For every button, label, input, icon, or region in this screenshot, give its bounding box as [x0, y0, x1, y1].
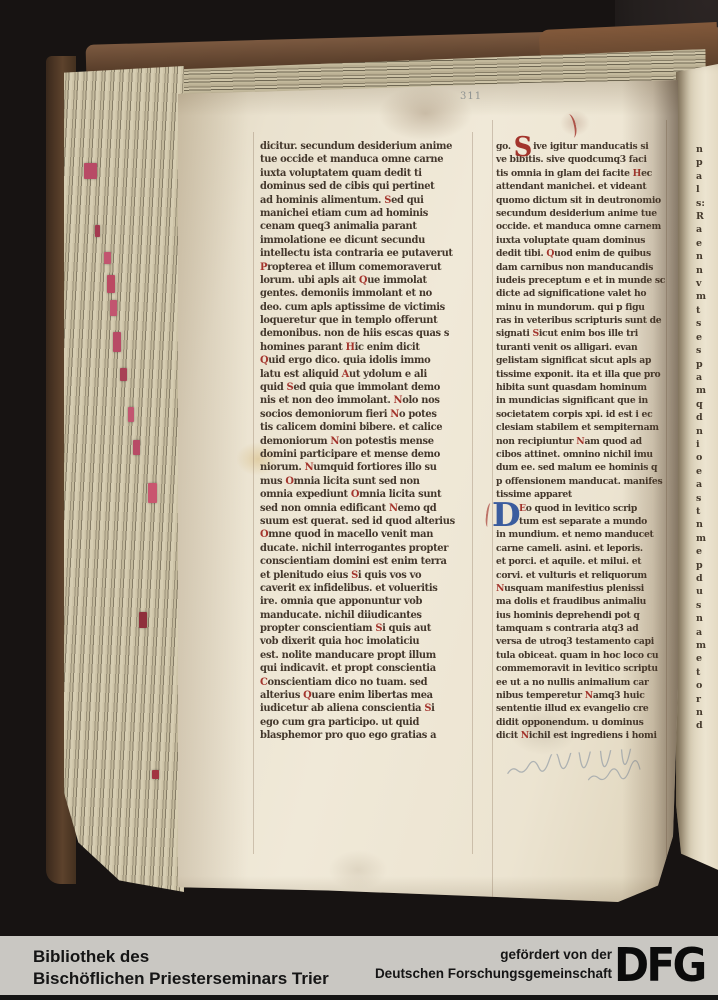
cut-off-text-fragment: s [696, 344, 706, 357]
cut-off-text-fragment: o [696, 679, 706, 692]
manuscript-line: Omne quod in macello venit man [260, 528, 455, 541]
bookmark-tab [84, 163, 97, 179]
dfg-logo: DFG [614, 938, 705, 992]
manuscript-line: deo. cum apls aptissime de victimis [260, 301, 455, 314]
library-name-line2: Bischöflichen Priesterseminars Trier [33, 968, 329, 990]
page-shading [178, 876, 678, 902]
manuscript-line: loqueretur que in templo offerunt [260, 314, 455, 327]
cut-off-text-fragment: r [696, 693, 706, 706]
bookmark-tab [110, 300, 117, 316]
manuscript-line: propter conscientiam Si quis aut [260, 622, 455, 635]
manuscript-line: manducate. nichil diiudicantes [260, 609, 455, 622]
manuscript-line: iudicetur ab aliena conscientia Si [260, 702, 455, 715]
cut-off-text-fragment: n [696, 706, 706, 719]
cut-off-text-fragment: d [696, 411, 706, 424]
bookmark-tab [107, 275, 115, 293]
cut-off-text-fragment: p [696, 358, 706, 371]
manuscript-line: mus Omnia licita sunt sed non [260, 475, 455, 488]
rubricated-letter: N [390, 408, 399, 420]
cut-off-text-fragment: m [696, 384, 706, 397]
manuscript-line: lorum. ubi apls ait Que immolat [260, 274, 455, 287]
bookmark-tab [152, 770, 159, 779]
funding-credit: gefördert von der Deutschen Forschungsge… [375, 945, 612, 983]
cut-off-text-fragment: n [696, 425, 706, 438]
gutter-shadow [622, 80, 678, 902]
manuscript-line: ire. omnia que apponuntur vob [260, 595, 455, 608]
manuscript-line: tue occide et manduca omne carne [260, 153, 455, 166]
cut-off-text-fragment: n [696, 264, 706, 277]
manuscript-line: dominus sed de cibis qui pertinet [260, 180, 455, 193]
footer-bottom-bar [0, 995, 718, 1000]
manuscript-line: ducate. nichil interrogantes propter [260, 542, 455, 555]
manuscript-line: Conscientiam dico no tuam. sed [260, 676, 455, 689]
manuscript-line: cenam queq3 animalia parant [260, 220, 455, 233]
rubricated-letter: O [260, 528, 268, 540]
bookmark-tab [148, 483, 157, 503]
manuscript-line: iuxta voluptatem quam dedit ti [260, 167, 455, 180]
rubricated-letter: S [287, 381, 294, 393]
funding-credit-line2: Deutschen Forschungsgemeinschaft [375, 964, 612, 983]
cut-off-text-fragment: a [696, 170, 706, 183]
cut-off-text-fragment: e [696, 652, 706, 665]
manuscript-line: qui indicavit. et propt conscientia [260, 662, 455, 675]
ruling-line [472, 132, 473, 854]
rubricated-letter: O [285, 475, 293, 487]
rubricated-letter: N [305, 461, 314, 473]
facing-page-text-fragments: npals:Raennvmtsespamqdnioeastnmepdusname… [696, 143, 706, 733]
manuscript-line: demonibus. non de hiis escas quas s [260, 327, 455, 340]
rubricated-letter: N [576, 436, 584, 447]
manuscript-line: niorum. Numquid fortiores illo su [260, 461, 455, 474]
cut-off-text-fragment: t [696, 666, 706, 679]
funding-credit-line1: gefördert von der [375, 945, 612, 964]
manuscript-line: Propterea et illum comemoraverut [260, 261, 455, 274]
manuscript-line: blasphemor pro quo ego gratias a [260, 729, 455, 742]
manuscript-line: omnia expediunt Omnia licita sunt [260, 488, 455, 501]
cut-off-text-fragment: n [696, 143, 706, 156]
manuscript-scan-viewport: npals:Raennvmtsespamqdnioeastnmepdusname… [0, 0, 718, 1000]
manuscript-line: quid Sed quia que immolant demo [260, 381, 455, 394]
manuscript-line: domini participare et mense demo [260, 448, 455, 461]
manuscript-line: alterius Quare enim libertas mea [260, 689, 455, 702]
manuscript-line: Quid ergo dico. quia idolis immo [260, 354, 455, 367]
cut-off-text-fragment: m [696, 639, 706, 652]
cut-off-text-fragment: t [696, 304, 706, 317]
cut-off-text-fragment: n [696, 250, 706, 263]
rubricated-letter: Q [260, 354, 268, 366]
rubricated-letter: Q [359, 274, 367, 286]
rubricated-letter: S [384, 194, 391, 206]
rubricated-letter: A [342, 368, 349, 380]
rubric-flourish [564, 113, 579, 139]
cut-off-text-fragment: a [696, 626, 706, 639]
cut-off-text-fragment: a [696, 371, 706, 384]
manuscript-line: sed non omnia edificant Nemo qd [260, 502, 455, 515]
manuscript-line: gentes. demoniis immolant et no [260, 287, 455, 300]
rubricated-letter: C [260, 676, 268, 688]
ruling-line [253, 132, 254, 854]
manuscript-line: tis calicem domini bibere. et calice [260, 421, 455, 434]
manuscript-line: suum est querat. sed id quod alterius [260, 515, 455, 528]
cut-off-text-fragment: e [696, 237, 706, 250]
cut-off-text-fragment: n [696, 612, 706, 625]
bookmark-tab [95, 225, 100, 237]
manuscript-line: ego cum gra participo. ut quid [260, 716, 455, 729]
manuscript-line: demoniorum Non potestis mense [260, 435, 455, 448]
cut-off-text-fragment: R [696, 210, 706, 223]
manuscript-page-recto: 311 dicitur. secundum desiderium animetu… [178, 80, 678, 902]
cut-off-text-fragment: q [696, 398, 706, 411]
cut-off-text-fragment: s [696, 492, 706, 505]
cut-off-text-fragment: d [696, 719, 706, 732]
manuscript-line: socios demoniorum fieri No potes [260, 408, 455, 421]
cut-off-text-fragment: s [696, 317, 706, 330]
manuscript-line: manichei etiam cum ad hominis [260, 207, 455, 220]
manuscript-left-column: dicitur. secundum desiderium animetue oc… [260, 140, 455, 743]
manuscript-line: intellectu ista contraria ee putaverut [260, 247, 455, 260]
bookmark-tab [120, 368, 127, 381]
rubricated-letter: H [346, 341, 355, 353]
cut-off-text-fragment: p [696, 156, 706, 169]
rubricated-letter: N [585, 690, 593, 701]
cut-off-text-fragment: a [696, 223, 706, 236]
cut-off-text-fragment: t [696, 505, 706, 518]
bookmark-tab [104, 252, 111, 264]
facing-page-edge: npals:Raennvmtsespamqdnioeastnmepdusname… [676, 64, 718, 878]
page-shading [178, 80, 248, 902]
manuscript-line: caverit ex infidelibus. et volueritis [260, 582, 455, 595]
cut-off-text-fragment: e [696, 331, 706, 344]
cut-off-text-fragment: m [696, 290, 706, 303]
cut-off-text-fragment: l [696, 183, 706, 196]
cut-off-text-fragment: p [696, 559, 706, 572]
page-stack-left-edge [64, 66, 184, 892]
library-name: Bibliothek des Bischöflichen Priestersem… [33, 946, 329, 990]
manuscript-line: et plenitudo eius Si quis vos vo [260, 569, 455, 582]
footer-banner: Bibliothek des Bischöflichen Priestersem… [0, 936, 718, 996]
manuscript-line: immolatione ee dicunt secundu [260, 234, 455, 247]
bookmark-tab [128, 407, 134, 422]
rubricated-letter: Q [303, 689, 311, 701]
cut-off-text-fragment: v [696, 277, 706, 290]
manuscript-line: vob dixerit quia hoc imolaticiu [260, 635, 455, 648]
cut-off-text-fragment: d [696, 572, 706, 585]
library-name-line1: Bibliothek des [33, 946, 329, 968]
cut-off-text-fragment: s: [696, 197, 706, 210]
manuscript-line: est. nolite manducare propt illum [260, 649, 455, 662]
cut-off-text-fragment: m [696, 532, 706, 545]
cut-off-text-fragment: a [696, 478, 706, 491]
cut-off-text-fragment: n [696, 518, 706, 531]
cut-off-text-fragment: i [696, 438, 706, 451]
rubricated-letter: N [394, 394, 403, 406]
cut-off-text-fragment: u [696, 585, 706, 598]
cut-off-text-fragment: o [696, 451, 706, 464]
rubricated-letter: Q [546, 248, 554, 259]
manuscript-line: ad hominis alimentum. Sed qui [260, 194, 455, 207]
folio-number: 311 [460, 91, 482, 102]
manuscript-line: dicitur. secundum desiderium anime [260, 140, 455, 153]
manuscript-line: nis et non deo immolant. Nolo nos [260, 394, 455, 407]
cut-off-text-fragment: e [696, 465, 706, 478]
manuscript-line: latu est aliquid Aut ydolum e ali [260, 368, 455, 381]
manuscript-line: conscientiam domini est enim terra [260, 555, 455, 568]
cut-off-text-fragment: e [696, 545, 706, 558]
bookmark-tab [133, 440, 140, 455]
bookmark-tab [113, 332, 121, 352]
rubricated-letter: S [351, 569, 358, 581]
cut-off-text-fragment: s [696, 599, 706, 612]
manuscript-line: homines parant Hic enim dicit [260, 341, 455, 354]
bookmark-tab [139, 612, 147, 628]
illuminated-initial-d: D [492, 500, 521, 530]
